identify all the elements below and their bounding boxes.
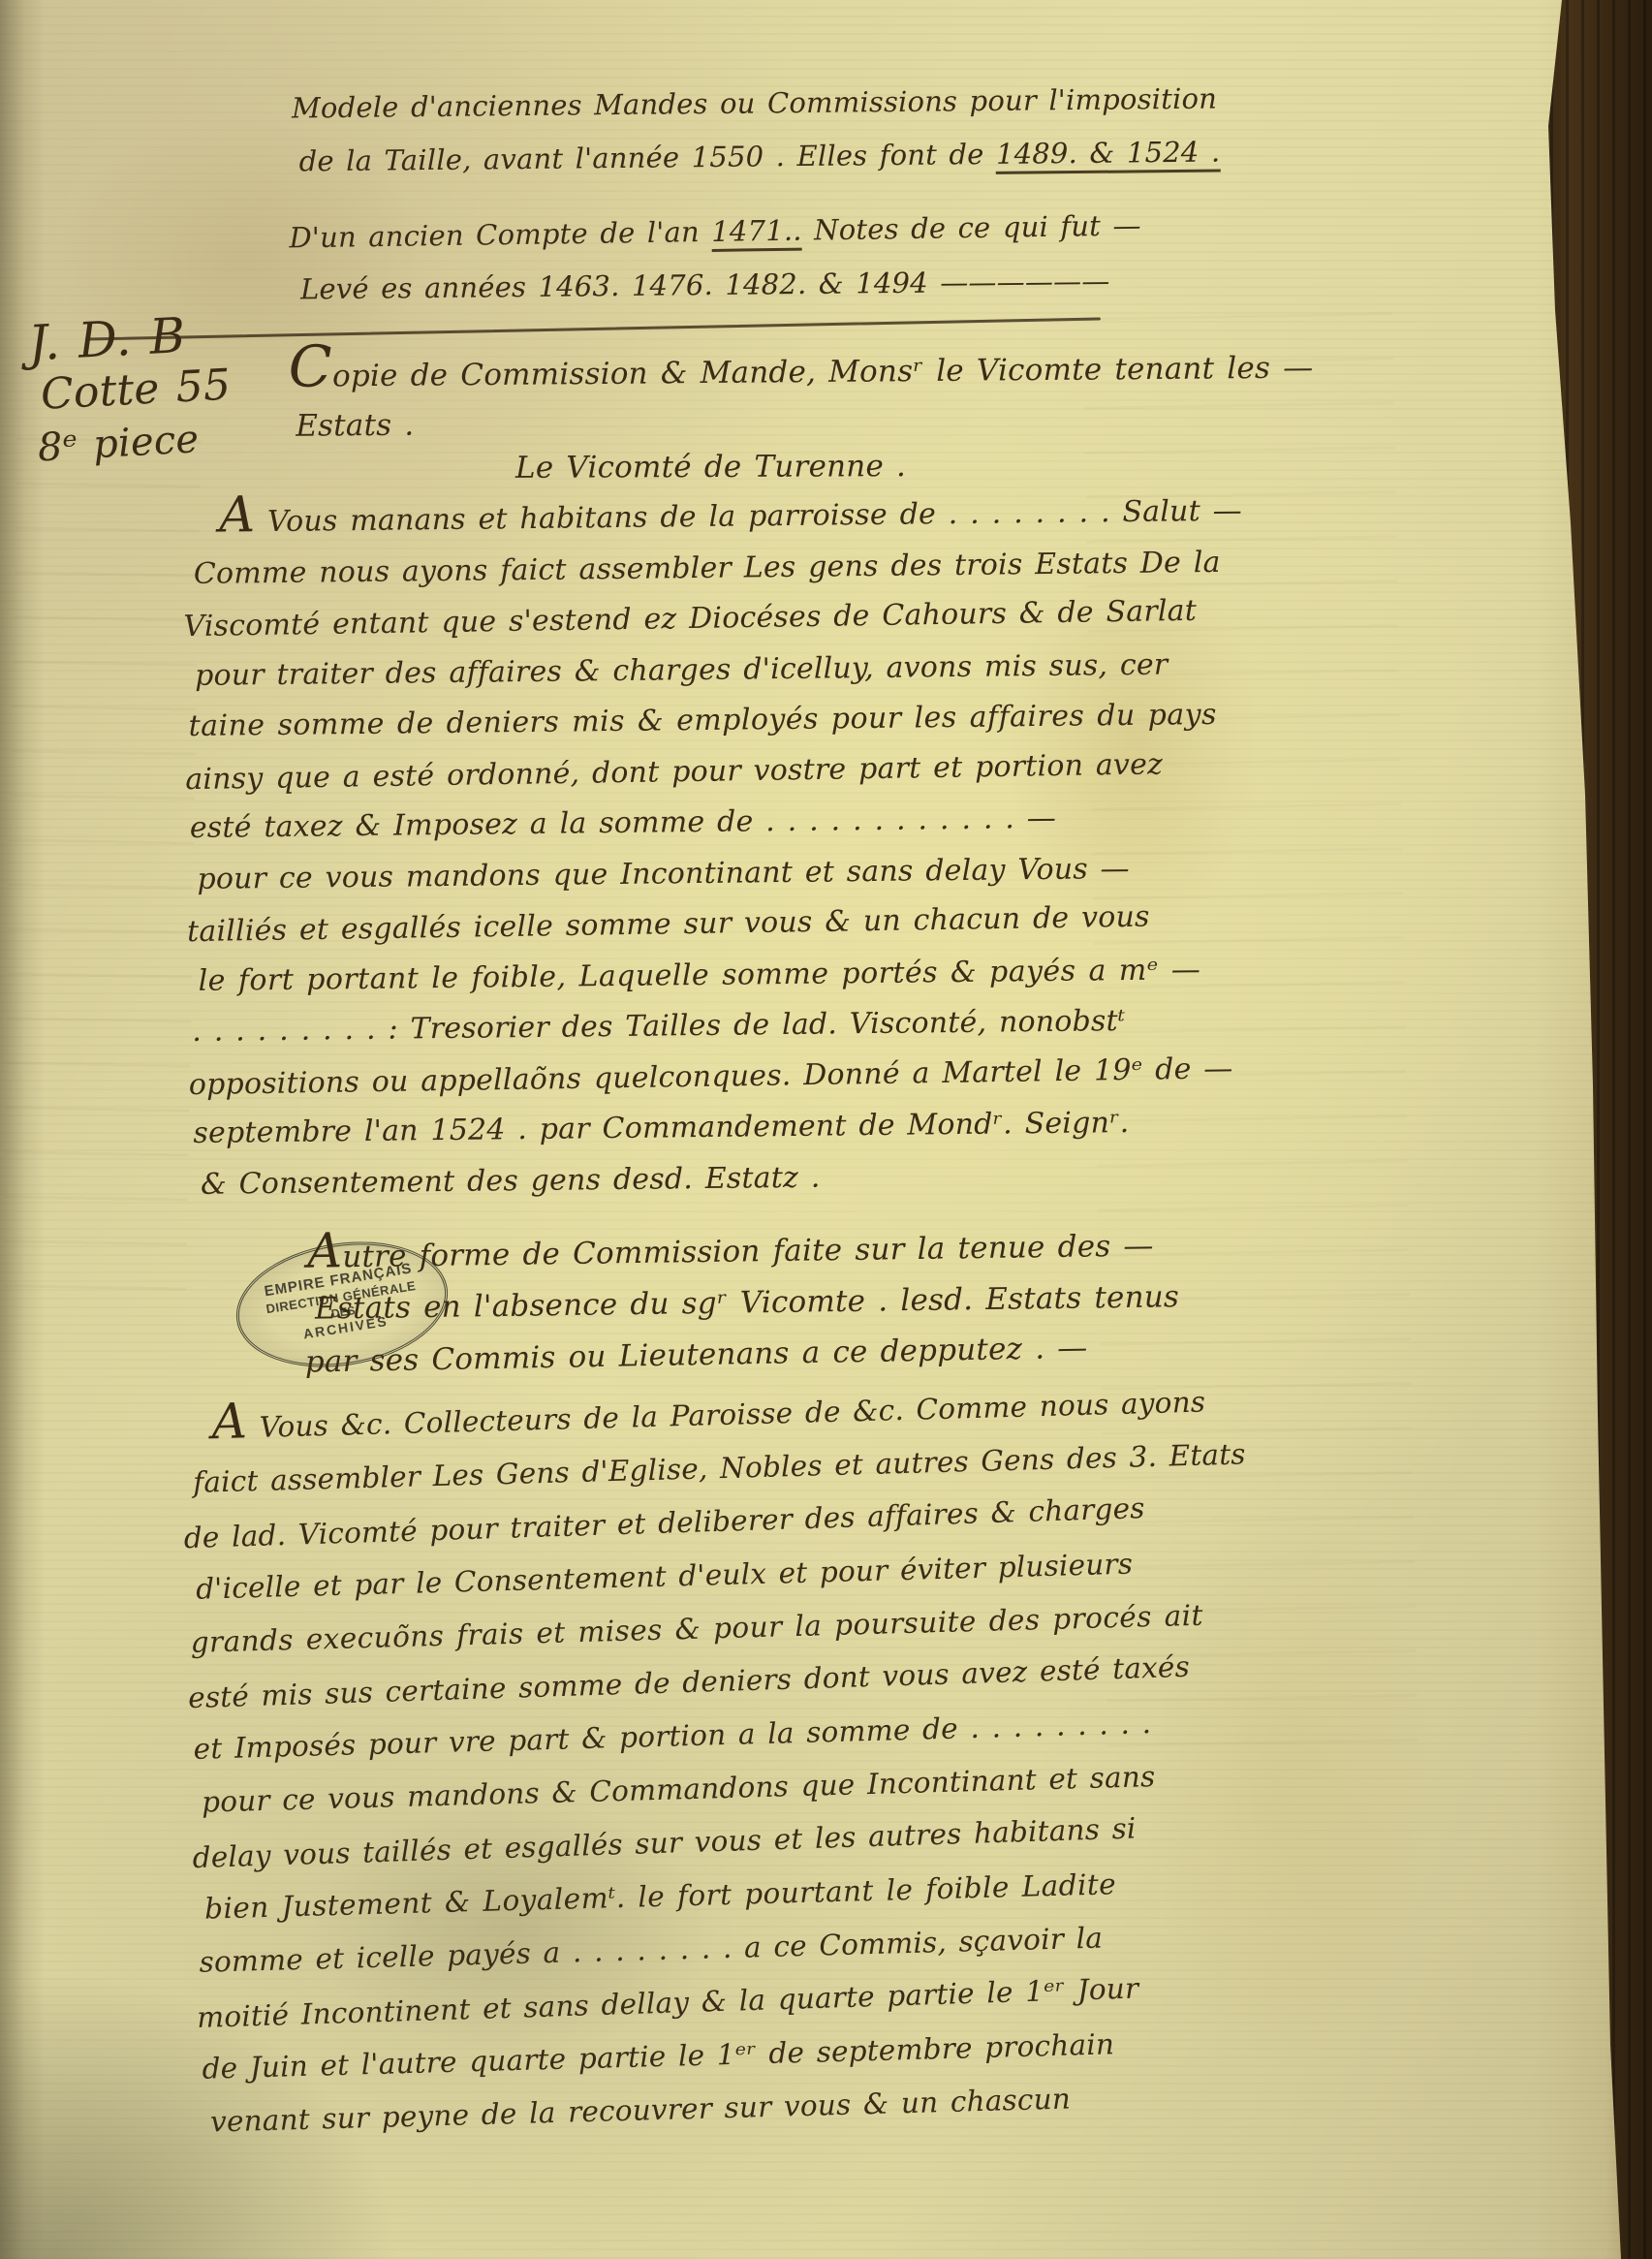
photo-vignette <box>0 0 1652 2259</box>
manuscript-photo: Modele d'anciennes Mandes ou Commissions… <box>0 0 1652 2259</box>
manuscript-page: Modele d'anciennes Mandes ou Commissions… <box>0 0 1652 2259</box>
